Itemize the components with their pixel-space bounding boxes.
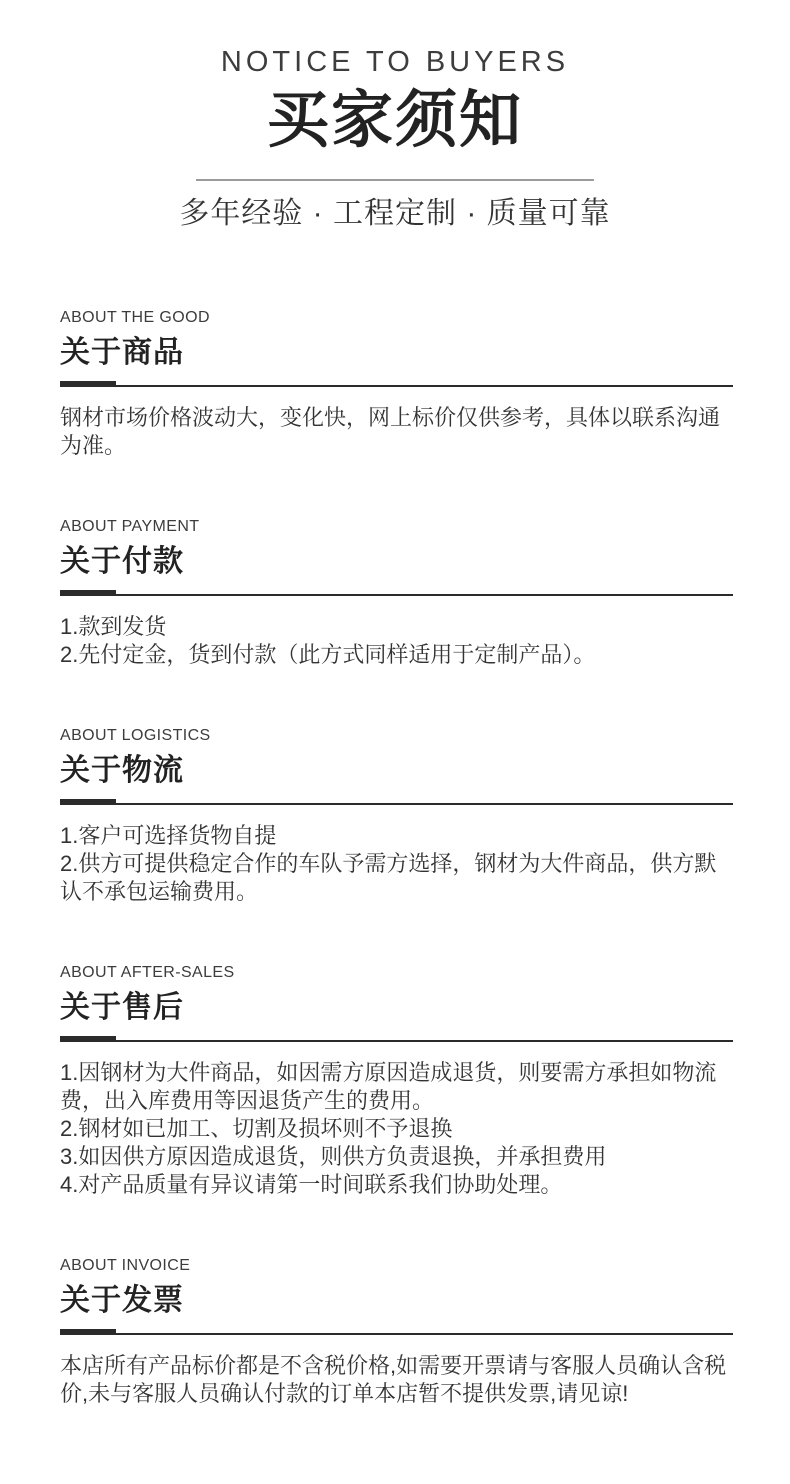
body-line: 4.对产品质量有异议请第一时间联系我们协助处理。 xyxy=(60,1171,733,1199)
section-about-payment: ABOUT PAYMENT 关于付款 1.款到发货 2.先付定金，货到付款（此方… xyxy=(60,518,733,669)
section-about-after-sales: ABOUT AFTER-SALES 关于售后 1.因钢材为大件商品，如因需方原因… xyxy=(60,964,733,1199)
section-label: ABOUT AFTER-SALES xyxy=(60,964,733,981)
body-line: 2.先付定金，货到付款（此方式同样适用于定制产品）。 xyxy=(60,641,733,669)
body-line: 2.钢材如已加工、切割及损坏则不予退换 xyxy=(60,1115,733,1143)
section-body: 1.因钢材为大件商品，如因需方原因造成退货，则要需方承担如物流 费，出入库费用等… xyxy=(60,1059,733,1199)
section-label: ABOUT THE GOOD xyxy=(60,309,733,326)
section-label: ABOUT INVOICE xyxy=(60,1257,733,1274)
divider-line xyxy=(116,803,733,805)
header-divider xyxy=(196,179,594,181)
section-title: 关于售后 xyxy=(60,990,733,1026)
header-subtitle: 多年经验 · 工程定制 · 质量可靠 xyxy=(0,197,790,231)
body-line: 费，出入库费用等因退货产生的费用。 xyxy=(60,1087,733,1115)
divider-line xyxy=(116,1333,733,1335)
sections-container: ABOUT THE GOOD 关于商品 钢材市场价格波动大，变化快，网上标价仅供… xyxy=(0,309,790,1408)
body-line: 为准。 xyxy=(60,432,733,460)
body-line: 3.如因供方原因造成退货，则供方负责退换，并承担费用 xyxy=(60,1143,733,1171)
page-title-chinese: 买家须知 xyxy=(0,88,790,154)
divider-line xyxy=(116,1040,733,1042)
divider-line xyxy=(116,385,733,387)
body-line: 1.款到发货 xyxy=(60,613,733,641)
notice-to-buyers-page: NOTICE TO BUYERS 买家须知 多年经验 · 工程定制 · 质量可靠… xyxy=(0,0,790,1484)
section-divider xyxy=(60,799,733,805)
divider-accent-bar xyxy=(60,799,116,805)
section-body: 钢材市场价格波动大，变化快，网上标价仅供参考，具体以联系沟通 为准。 xyxy=(60,404,733,460)
section-title: 关于发票 xyxy=(60,1283,733,1319)
section-title: 关于商品 xyxy=(60,335,733,371)
body-line: 2.供方可提供稳定合作的车队予需方选择，钢材为大件商品，供方默 xyxy=(60,850,733,878)
section-body: 1.款到发货 2.先付定金，货到付款（此方式同样适用于定制产品）。 xyxy=(60,613,733,669)
divider-accent-bar xyxy=(60,1036,116,1042)
body-line: 价,未与客服人员确认付款的订单本店暂不提供发票,请见谅! xyxy=(60,1380,733,1408)
section-about-logistics: ABOUT LOGISTICS 关于物流 1.客户可选择货物自提 2.供方可提供… xyxy=(60,727,733,906)
page-title-english: NOTICE TO BUYERS xyxy=(0,42,790,82)
section-body: 本店所有产品标价都是不含税价格,如需要开票请与客服人员确认含税 价,未与客服人员… xyxy=(60,1352,733,1408)
section-divider xyxy=(60,1329,733,1335)
page-header: NOTICE TO BUYERS 买家须知 多年经验 · 工程定制 · 质量可靠 xyxy=(0,0,790,231)
section-divider xyxy=(60,590,733,596)
body-line: 1.客户可选择货物自提 xyxy=(60,822,733,850)
divider-accent-bar xyxy=(60,381,116,387)
section-divider xyxy=(60,381,733,387)
section-body: 1.客户可选择货物自提 2.供方可提供稳定合作的车队予需方选择，钢材为大件商品，… xyxy=(60,822,733,906)
body-line: 1.因钢材为大件商品，如因需方原因造成退货，则要需方承担如物流 xyxy=(60,1059,733,1087)
body-line: 本店所有产品标价都是不含税价格,如需要开票请与客服人员确认含税 xyxy=(60,1352,733,1380)
section-label: ABOUT LOGISTICS xyxy=(60,727,733,744)
divider-line xyxy=(116,594,733,596)
section-title: 关于付款 xyxy=(60,544,733,580)
divider-accent-bar xyxy=(60,590,116,596)
section-title: 关于物流 xyxy=(60,753,733,789)
section-about-invoice: ABOUT INVOICE 关于发票 本店所有产品标价都是不含税价格,如需要开票… xyxy=(60,1257,733,1408)
section-about-good: ABOUT THE GOOD 关于商品 钢材市场价格波动大，变化快，网上标价仅供… xyxy=(60,309,733,460)
body-line: 钢材市场价格波动大，变化快，网上标价仅供参考，具体以联系沟通 xyxy=(60,404,733,432)
body-line: 认不承包运输费用。 xyxy=(60,878,733,906)
divider-accent-bar xyxy=(60,1329,116,1335)
section-divider xyxy=(60,1036,733,1042)
section-label: ABOUT PAYMENT xyxy=(60,518,733,535)
